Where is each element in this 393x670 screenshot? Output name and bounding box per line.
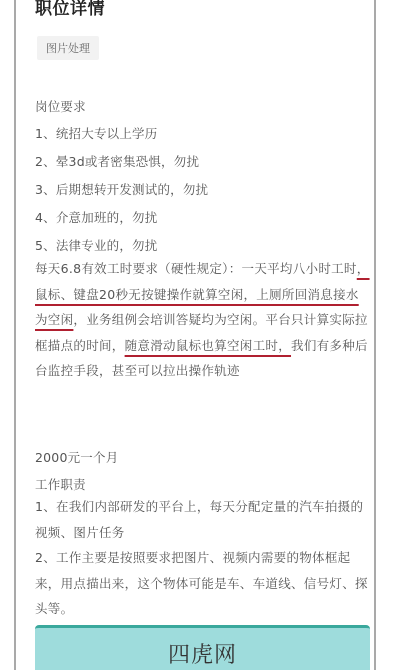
salary: 2000元一个月	[35, 448, 118, 466]
duties-heading: 工作职责	[35, 475, 86, 493]
duty-item: 1、在我们内部研发的平台上，每天分配定量的汽车拍摄的视频、图片任务	[35, 494, 370, 545]
requirement-item: 4、介意加班的，勿扰	[35, 208, 157, 226]
requirement-item: 1、统招大专以上学历	[35, 124, 157, 142]
action-button[interactable]: 四虎网	[35, 625, 370, 670]
requirement-item: 5、法律专业的，勿扰	[35, 236, 157, 254]
requirement-item: 2、晕3d或者密集恐惧，勿扰	[35, 152, 199, 170]
page-title: 职位详情	[35, 0, 105, 19]
worktime-paragraph: 每天6.8有效工时要求（硬性规定）：一天平均八小时工时，鼠标、键盘20秒无按键操…	[35, 256, 370, 384]
requirements-heading: 岗位要求	[35, 97, 86, 115]
underlined-text: 随意滑动鼠标也算空闲工时，	[125, 338, 291, 353]
worktime-text: 每天6.8有效工时要求（硬性规定）：一天平均八小时工时	[35, 261, 357, 276]
category-tag: 图片处理	[37, 36, 99, 60]
action-button-label: 四虎网	[168, 638, 237, 669]
requirement-item: 3、后期想转开发测试的，勿扰	[35, 180, 208, 198]
duty-item: 2、工作主要是按照要求把图片、视频内需要的物体框起来，用点描出来，这个物体可能是…	[35, 545, 370, 622]
